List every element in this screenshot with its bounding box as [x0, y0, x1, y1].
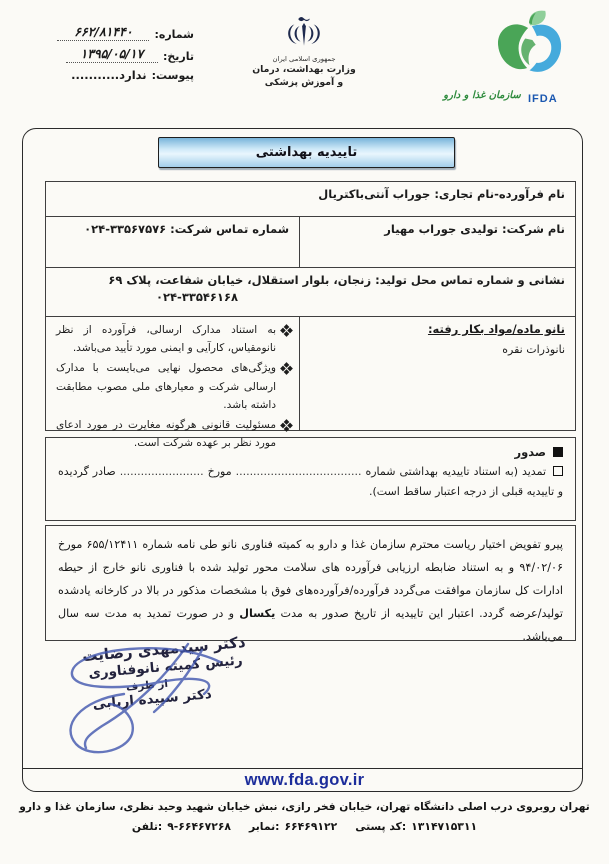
issue-checkbox-checked-icon [553, 447, 563, 457]
nano-material-cell: نانو ماده/مواد بکار رفته: نانوذرات نقره [299, 317, 575, 430]
fax-label: نمابر: [249, 820, 279, 833]
letter-attachment-label: پیوست: [152, 69, 194, 82]
approval-paragraph: پیرو تفویض اختیار ریاست محترم سازمان غذا… [45, 525, 576, 641]
country-name: جمهوری اسلامی ایران [233, 55, 375, 63]
list-item: به استناد مدارک ارسالی، فرآورده از نظر ن… [56, 321, 291, 357]
footer-postal-code: کد پستی: ۱۳۱۴۷۱۵۳۱۱ [355, 820, 477, 833]
footer-address: تهران روبروی درب اصلی دانشگاه تهران، خیا… [0, 801, 609, 813]
footer-fax: نمابر: ۶۶۴۶۹۱۲۲ [249, 820, 337, 833]
nano-material-row: نانو ماده/مواد بکار رفته: نانوذرات نقره … [46, 317, 575, 430]
production-address-value: زنجان، بلوار استقلال، خیابان شفاعت، پلاک… [108, 273, 371, 287]
website-url: www.fda.gov.ir [0, 771, 609, 790]
scanned-health-certificate: شماره: ۶۶۲/۸۱۴۴۰ تاریخ: ۱۳۹۵/۰۵/۱۷ پیوست… [0, 0, 609, 864]
letter-attachment-row: پیوست: ندارد........... [26, 68, 194, 82]
production-address-line: نشانی و شماره تماس محل تولید: زنجان، بلو… [56, 273, 565, 287]
renew-option-row: تمدید (به استناد تاییدیه بهداشتی شماره .… [58, 462, 563, 503]
ifda-org-name: سازمان غذا و دارو [436, 90, 528, 101]
footer-contacts: تلفن: ۹-۶۶۴۶۷۲۶۸ نمابر: ۶۶۴۶۹۱۲۲ کد پستی… [0, 820, 609, 833]
product-name-value: جوراب آنتی‌باکتریال [318, 187, 430, 201]
footer-divider [23, 768, 582, 769]
diamond-bullet-icon [280, 324, 293, 337]
production-address-label: نشانی و شماره تماس محل تولید: [375, 273, 565, 287]
issue-option-row: صدور [58, 445, 563, 459]
letter-date-label: تاریخ: [163, 50, 194, 63]
letter-number-row: شماره: ۶۶۲/۸۱۴۴۰ [26, 24, 194, 41]
phone-value: ۹-۶۶۴۶۷۲۶۸ [167, 820, 231, 833]
letter-date-row: تاریخ: ۱۳۹۵/۰۵/۱۷ [26, 46, 194, 63]
postal-code-value: ۱۳۱۴۷۱۵۳۱۱ [411, 820, 477, 833]
issuance-section: صدور تمدید (به استناد تاییدیه بهداشتی شم… [45, 437, 576, 521]
footer-phone: تلفن: ۹-۶۶۴۶۷۲۶۸ [132, 820, 231, 833]
title-bar: تاییدیه بهداشتی [158, 137, 455, 168]
nano-material-label: نانو ماده/مواد بکار رفته: [310, 322, 565, 336]
diamond-bullet-icon [280, 419, 293, 432]
approval-text-part1: پیرو تفویض اختیار ریاست محترم سازمان غذا… [142, 538, 563, 551]
ministry-name-line1: وزارت بهداشت، درمان [233, 63, 375, 76]
approval-text-part2: مورخ [58, 538, 82, 551]
letter-attachment-value: ندارد........... [71, 68, 146, 82]
document-title: تاییدیه بهداشتی [256, 145, 357, 160]
company-phone-cell: شماره تماس شرکت: ۰۲۴-۳۳۵۶۷۵۷۶ [46, 217, 299, 267]
reference-letter-date: ۹۴/۰۲/۰۶ [519, 561, 563, 574]
phone-label: تلفن: [132, 820, 162, 833]
production-address-row: نشانی و شماره تماس محل تولید: زنجان، بلو… [46, 268, 575, 317]
list-item: ویژگی‌های محصول نهایی می‌بایست با مدارک … [56, 359, 291, 414]
renew-option-text1: تمدید (به استناد تاییدیه بهداشتی شماره [365, 465, 546, 478]
company-phone-value: ۰۲۴-۳۳۵۶۷۵۷۶ [84, 222, 166, 236]
letter-date-value: ۱۳۹۵/۰۵/۱۷ [66, 46, 158, 63]
nano-material-value: نانوذرات نقره [310, 343, 565, 356]
ifda-acronym: IFDA [528, 93, 558, 105]
issue-option-label: صدور [514, 445, 546, 459]
fax-value: ۶۶۴۶۹۱۲۲ [284, 820, 337, 833]
company-name-cell: نام شرکت: تولیدی جوراب مهیار [299, 217, 575, 267]
product-info-table: نام فرآورده-نام تجاری: جوراب آنتی‌باکتری… [45, 181, 576, 431]
postal-code-label: کد پستی: [355, 820, 406, 833]
letter-number-value: ۶۶۲/۸۱۴۴۰ [57, 24, 149, 41]
ifda-logo-icon [490, 8, 570, 90]
nano-note-text: ویژگی‌های محصول نهایی می‌بایست با مدارک … [56, 359, 276, 414]
iran-emblem-icon [284, 14, 324, 52]
ministry-block: جمهوری اسلامی ایران وزارت بهداشت، درمان … [233, 14, 375, 90]
diamond-bullet-icon [280, 363, 293, 376]
nano-note-text: به استناد مدارک ارسالی، فرآورده از نظر ن… [56, 321, 276, 357]
company-name-value: تولیدی جوراب مهیار [384, 222, 498, 236]
renew-option-text2: مورخ [208, 465, 232, 478]
ifda-logo-block: سازمان غذا و دارو IFDA [438, 6, 603, 110]
company-row: نام شرکت: تولیدی جوراب مهیار شماره تماس … [46, 217, 575, 268]
product-name-row: نام فرآورده-نام تجاری: جوراب آنتی‌باکتری… [46, 182, 575, 217]
blank-dotted-line: ........................ [120, 465, 204, 478]
company-name-label: نام شرکت: [502, 222, 565, 236]
blank-dotted-line: .................................... [236, 465, 362, 478]
production-phone-value: ۰۲۴-۳۳۵۴۶۱۶۸ [56, 290, 565, 304]
reference-letter-number: ۶۵۵/۱۲۴۱۱ [86, 538, 138, 551]
product-name-label: نام فرآورده-نام تجاری: [434, 187, 565, 201]
ministry-name-line2: و آموزش پزشکی [233, 76, 375, 89]
validity-period: یکسال [239, 607, 275, 620]
letter-reference-block: شماره: ۶۶۲/۸۱۴۴۰ تاریخ: ۱۳۹۵/۰۵/۱۷ پیوست… [26, 24, 194, 87]
company-phone-label: شماره تماس شرکت: [170, 222, 289, 236]
renew-checkbox-unchecked-icon [553, 466, 563, 476]
nano-notes-list: به استناد مدارک ارسالی، فرآورده از نظر ن… [46, 317, 299, 430]
letter-number-label: شماره: [154, 28, 194, 41]
